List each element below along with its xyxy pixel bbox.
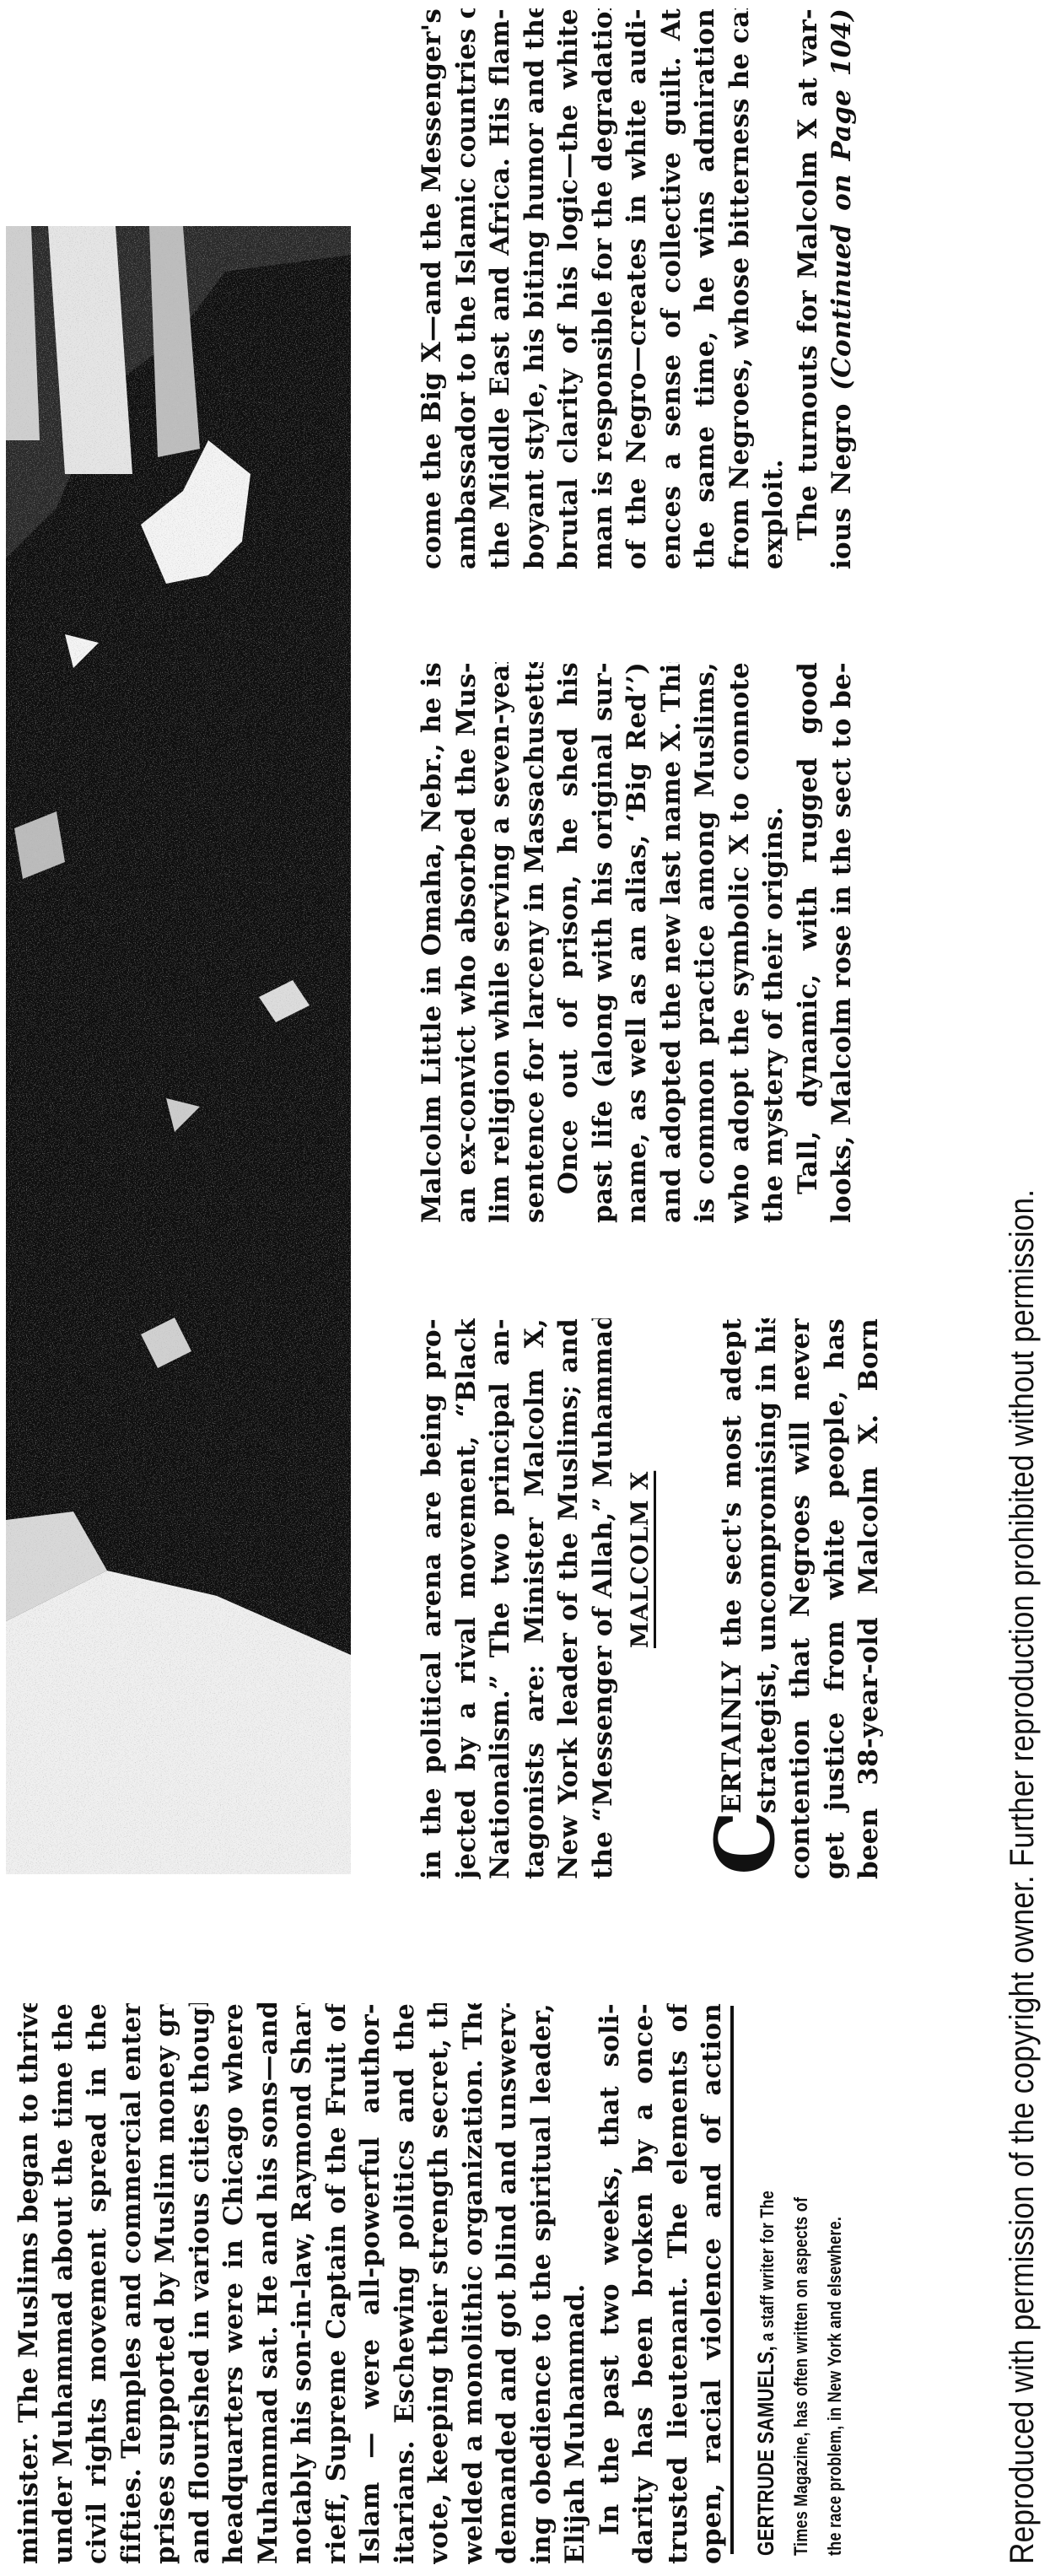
article-column-4: come the Big X—and the Messenger's ambas…: [415, 8, 859, 569]
text-line: contention that Negroes will never: [783, 1318, 818, 1879]
byline-text: a staff writer for The: [757, 2191, 778, 2346]
text-line: the same time, he wins admiration: [688, 8, 723, 569]
text-line: name, as well as an alias, ‘Big Red’’): [620, 662, 654, 1223]
text-line: the mystery of their origins.: [757, 662, 791, 1223]
text-line: itarians. Eschewing politics and the: [388, 2003, 423, 2564]
text-line: ERTAINLY the sect's most adept: [715, 1318, 750, 1813]
text-line: Once out of prison, he shed his: [552, 662, 586, 1223]
text-line: of the Negro—creates in white audi-: [620, 8, 654, 569]
text-line: minister. The Muslims began to thrive: [12, 2003, 46, 2564]
text-line: strategist, uncompromising in his: [750, 1318, 784, 1813]
article-column-3: Malcolm Little in Omaha, Nebr., he is an…: [415, 662, 859, 1223]
article-column-2-continued: contention that Negroes will never get j…: [783, 1318, 886, 1879]
text-line: headquarters were in Chicago where: [217, 2003, 251, 2564]
text-line: exploit.: [757, 8, 791, 569]
text-line: Tall, dynamic, with rugged good: [791, 662, 826, 1223]
article-column-1: minister. The Muslims began to thrive un…: [12, 2003, 730, 2564]
text-line: ing obedience to the spiritual leader,: [525, 2003, 559, 2564]
text-line: vote, keeping their strength secret, the…: [422, 2003, 456, 2564]
text-line: the Middle East and Africa. His flam-: [483, 8, 518, 569]
text-line: prises supported by Muslim money grew: [148, 2003, 183, 2564]
text-line: boyant style, his biting humor and the: [518, 8, 552, 569]
text-line: and flourished in various cities though: [183, 2003, 218, 2564]
text-fragment: ious Negro: [827, 391, 857, 569]
text-line: who adopt the symbolic X to connote: [723, 662, 757, 1223]
text-line: fifties. Temples and commercial enter-: [115, 2003, 149, 2564]
text-line: darity has been broken by a once-: [627, 2003, 661, 2564]
text-line: civil rights movement spread in the: [80, 2003, 115, 2564]
text-line: the “Messenger of Allah,” Muhammad.: [586, 1318, 621, 1879]
text-line: tagonists are: Minister Malcolm X,: [518, 1318, 552, 1879]
text-line: lim religion while serving a seven-year: [483, 662, 518, 1223]
byline-line-2: Times Magazine, has often written on asp…: [784, 2009, 818, 2556]
text-line: notably his son-in-law, Raymond Shar-: [285, 2003, 320, 2564]
text-line: The turnouts for Malcolm X at var-: [791, 8, 826, 569]
text-line: man is responsible for the degradation: [586, 8, 621, 569]
text-line: brutal clarity of his logic—the white: [552, 8, 586, 569]
text-line: get justice from white people, has: [818, 1318, 853, 1879]
text-line: an ex-convict who absorbed the Mus-: [450, 662, 484, 1223]
text-line: is common practice among Muslims,: [688, 662, 723, 1223]
continued-line: ious Negro (Continued on Page 104): [825, 8, 859, 569]
text-line: from Negroes, whose bitterness he can: [723, 8, 757, 569]
text-line: ambassador to the Islamic countries of: [450, 8, 484, 569]
text-line: Elijah Muhammad.: [558, 2003, 593, 2564]
text-line: Malcolm Little in Omaha, Nebr., he is: [415, 662, 450, 1223]
text-line: open, racial violence and of action: [695, 2003, 730, 2564]
continued-on-page-link[interactable]: (Continued on Page 104): [827, 8, 857, 391]
photo-image: [6, 226, 351, 1874]
text-line: ences a sense of collective guilt. At: [654, 8, 689, 569]
copyright-notice: Reproduced with permission of the copyri…: [1002, 1189, 1042, 2564]
text-line: under Muhammad about the time the: [46, 2003, 81, 2564]
text-line: New York leader of the Muslims; and: [552, 1318, 586, 1879]
text-line: trusted lieutenant. The elements of: [661, 2003, 696, 2564]
text-line: Islam — were all-powerful author-: [353, 2003, 388, 2564]
text-line: rieff, Supreme Captain of the Fruit of: [320, 2003, 354, 2564]
text-line: in the political arena are being pro-: [415, 1318, 450, 1879]
text-line: jected by a rival movement, “Black: [450, 1318, 484, 1879]
section-subhead: MALCOLM X: [626, 1471, 654, 1648]
text-line: welded a monolithic organization. They: [456, 2003, 491, 2564]
text-line: demanded and got blind and unswerv-: [490, 2003, 525, 2564]
text-line: past life (along with his original sur-: [586, 662, 621, 1223]
text-line: Muhammad sat. He and his sons—and: [251, 2003, 286, 2564]
dropcap-text: ERTAINLY the sect's most adept strategis…: [715, 1318, 783, 1813]
author-byline: GERTRUDE SAMUELS, a staff writer for The…: [749, 2009, 852, 2556]
text-line: and adopted the new last name X. This: [654, 662, 689, 1223]
text-line: Nationalism.” The two principal an-: [483, 1318, 518, 1879]
drop-cap: C: [715, 1816, 776, 1875]
text-line: sentence for larceny in Massachusetts.: [518, 662, 552, 1223]
byline-line-1: GERTRUDE SAMUELS, a staff writer for The: [749, 2009, 784, 2556]
text-line: come the Big X—and the Messenger's: [415, 8, 450, 569]
text-line: looks, Malcolm rose in the sect to be-: [825, 662, 859, 1223]
byline-divider: [730, 2006, 734, 2554]
halftone-photo: [6, 226, 351, 1874]
text-line: been 38-year-old Malcolm X. Born: [852, 1318, 886, 1879]
text-line: In the past two weeks, that soli-: [593, 2003, 627, 2564]
byline-line-3: the race problem, in New York and elsewh…: [818, 2009, 852, 2556]
rotated-page: minister. The Muslims began to thrive un…: [0, 0, 1050, 2576]
article-column-2: in the political arena are being pro- je…: [415, 1318, 620, 1879]
author-name: GERTRUDE SAMUELS,: [753, 2346, 778, 2556]
